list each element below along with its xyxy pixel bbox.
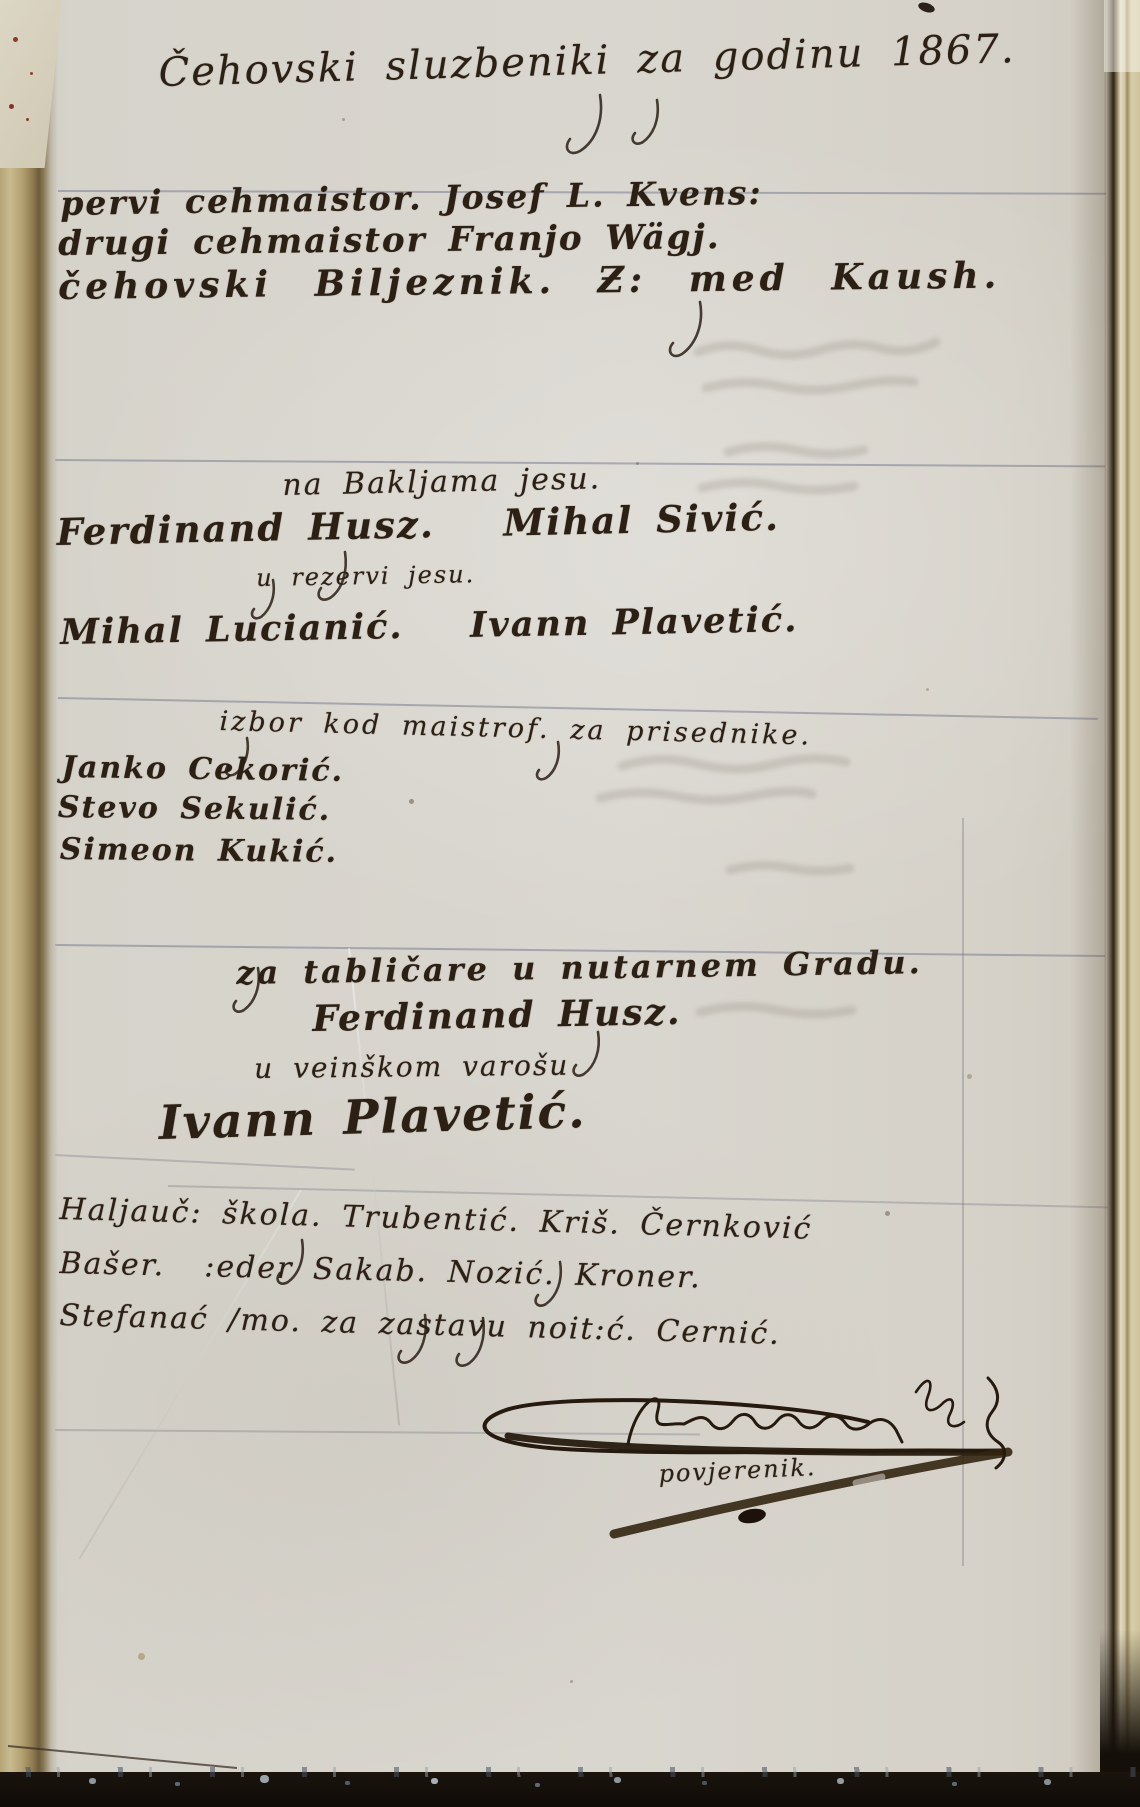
page-edges-highlight: [1104, 0, 1140, 72]
book-binding-left: [0, 0, 58, 1807]
page-edges-right: [1104, 0, 1140, 1807]
table-surface-edge: [0, 1772, 1140, 1807]
ink-flourishes-and-signature: [0, 0, 1140, 1807]
paper-specks: [0, 0, 3, 3]
page-edge-shadow: [1070, 0, 1106, 1807]
ink-blot: [737, 1507, 767, 1526]
manuscript-page: Čehovski sluzbeniki za godinu 1867. perv…: [0, 0, 1140, 1807]
descender-tails: [226, 95, 701, 1366]
